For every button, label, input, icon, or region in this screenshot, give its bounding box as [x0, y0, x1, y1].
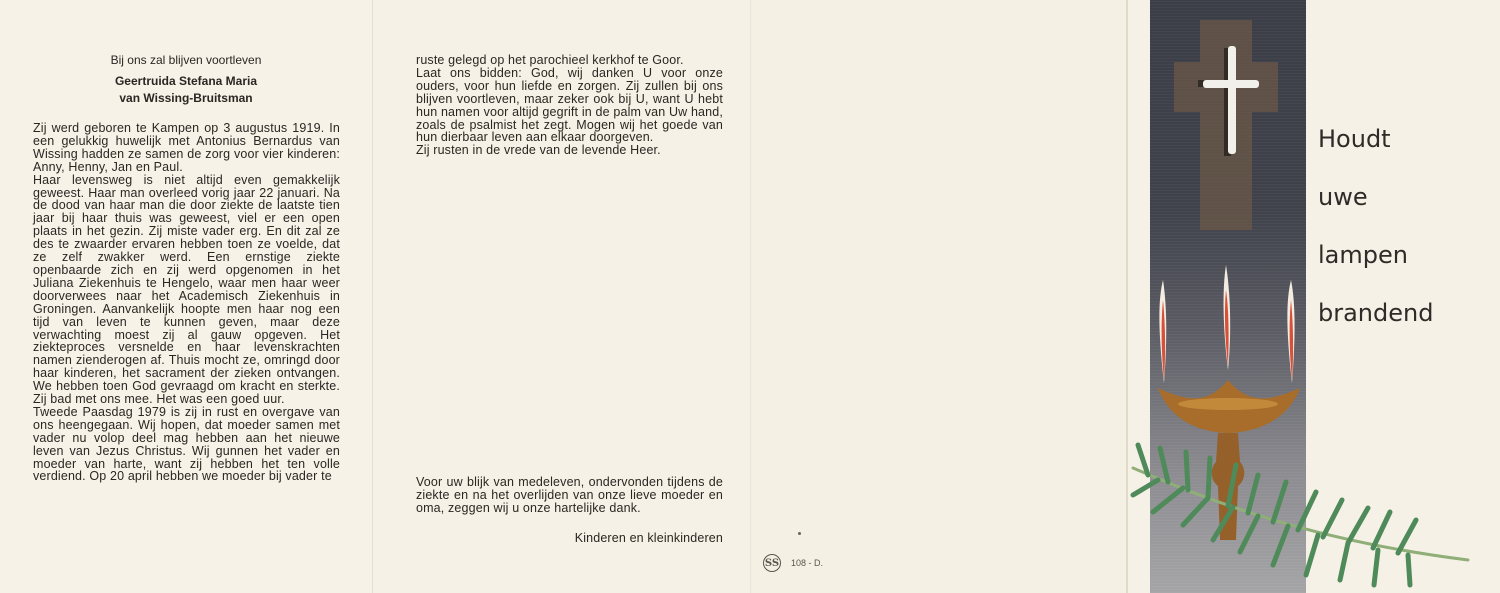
- slogan-line-3: lampen: [1318, 241, 1408, 269]
- cross-icon: [1174, 20, 1278, 230]
- panel-obituary: Bij ons zal blijven voortleven Geertruid…: [0, 0, 372, 593]
- paper-speck: [798, 532, 801, 535]
- deceased-name: Geertruida Stefana Maria van Wissing-Bru…: [0, 73, 372, 107]
- palm-branch-icon: [1133, 445, 1468, 585]
- slogan-line-2: uwe: [1318, 183, 1368, 211]
- prayer-text: ruste gelegd op het parochieel kerkhof t…: [416, 54, 723, 157]
- paragraph: Zij rusten in de vrede van de levende He…: [416, 144, 723, 157]
- name-line-2: van Wissing-Bruitsman: [0, 90, 372, 107]
- intro-line: Bij ons zal blijven voortleven: [0, 53, 372, 67]
- printer-mark: SS 108 - D.: [763, 554, 823, 572]
- paragraph: Haar levensweg is niet altijd even gemak…: [33, 174, 340, 406]
- slogan-line-4: brandend: [1318, 299, 1433, 327]
- paragraph: Voor uw blijk van medeleven, ondervonden…: [416, 476, 723, 515]
- name-line-1: Geertruida Stefana Maria: [0, 73, 372, 90]
- paragraph: Laat ons bidden: God, wij danken U voor …: [416, 67, 723, 144]
- thanks-text: Voor uw blijk van medeleven, ondervonden…: [416, 476, 723, 515]
- signature: Kinderen en kleinkinderen: [575, 531, 723, 545]
- panel-cover: Houdt uwe lampen brandend: [1126, 0, 1500, 593]
- paragraph: Zij werd geboren te Kampen op 3 augustus…: [33, 122, 340, 174]
- paragraph: ruste gelegd op het parochieel kerkhof t…: [416, 54, 723, 67]
- panel-prayer: ruste gelegd op het parochieel kerkhof t…: [372, 0, 751, 593]
- panel-blank: SS 108 - D.: [750, 0, 1127, 593]
- slogan-line-1: Houdt: [1318, 125, 1391, 153]
- cover-illustration: [1128, 0, 1500, 593]
- printer-logo-icon: SS: [763, 554, 781, 572]
- paragraph: Tweede Paasdag 1979 is zij in rust en ov…: [33, 406, 340, 483]
- printer-code: 108 - D.: [791, 558, 823, 568]
- biography-text: Zij werd geboren te Kampen op 3 augustus…: [33, 122, 340, 483]
